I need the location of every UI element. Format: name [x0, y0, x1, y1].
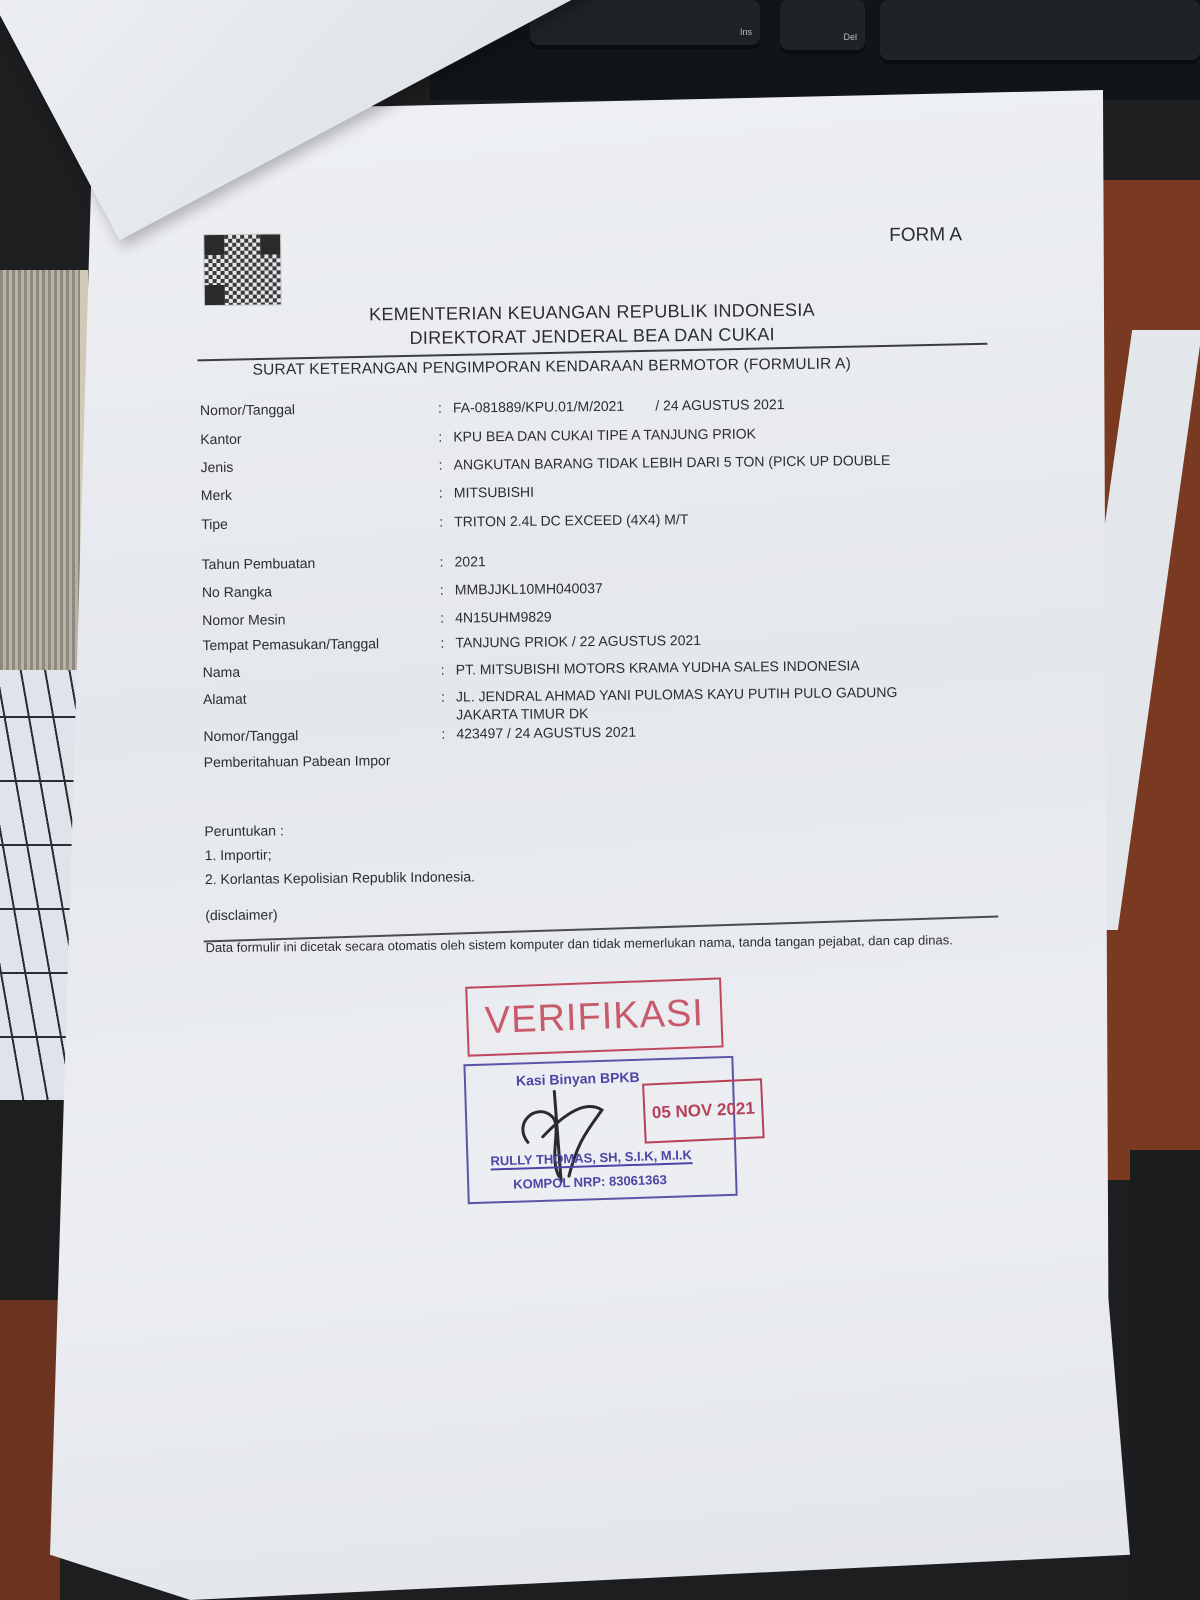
field-label: Tahun Pembuatan [202, 555, 316, 572]
document-title: SURAT KETERANGAN PENGIMPORAN KENDARAAN B… [252, 355, 851, 379]
date-stamp: 05 NOV 2021 [642, 1078, 765, 1143]
form-code: FORM A [889, 224, 962, 247]
field-separator: : [439, 485, 443, 501]
directorate-heading: DIREKTORAT JENDERAL BEA DAN CUKAI [337, 323, 847, 349]
field-label: Merk [201, 487, 232, 503]
field-separator: : [438, 400, 442, 416]
field-label: Tempat Pemasukan/Tanggal [202, 635, 379, 653]
field-separator: : [441, 689, 445, 705]
disclaimer-text: Data formulir ini dicetak secara otomati… [206, 931, 986, 957]
peruntukan-item: 1. Importir; [205, 840, 475, 867]
field-value: PT. MITSUBISHI MOTORS KRAMA YUDHA SALES … [456, 657, 860, 677]
peruntukan-section: Peruntukan : 1. Importir; 2. Korlantas K… [204, 816, 475, 891]
field-separator: : [440, 582, 444, 598]
field-label: Kantor [200, 431, 241, 447]
field-value: TANJUNG PRIOK / 22 AGUSTUS 2021 [455, 632, 701, 651]
field-value: JL. JENDRAL AHMAD YANI PULOMAS KAYU PUTI… [456, 684, 898, 705]
qr-code-icon [203, 233, 282, 306]
field-separator: : [438, 457, 442, 473]
import-certificate-form: FORM A KEMENTERIAN KEUANGAN REPUBLIK IND… [0, 0, 1200, 1600]
field-separator: : [438, 429, 442, 445]
signature-icon [506, 1080, 619, 1188]
field-separator: : [440, 554, 444, 570]
field-label: Alamat [203, 691, 247, 707]
field-value: 2021 [455, 553, 486, 569]
field-value: TRITON 2.4L DC EXCEED (4X4) M/T [454, 511, 688, 529]
field-label: Nomor/Tanggal [200, 401, 295, 418]
field-label: No Rangka [202, 583, 272, 600]
field-label: Nomor Mesin [202, 611, 285, 628]
field-label: Pemberitahuan Pabean Impor [204, 752, 391, 770]
field-value: 423497 / 24 AGUSTUS 2021 [456, 724, 636, 742]
field-separator: : [441, 662, 445, 678]
field-value: ANGKUTAN BARANG TIDAK LEBIH DARI 5 TON (… [453, 452, 890, 473]
field-label: Nama [203, 664, 241, 680]
field-label: Jenis [201, 459, 234, 475]
field-separator: : [441, 726, 445, 742]
field-separator: : [440, 635, 444, 651]
field-label: Tipe [201, 516, 228, 532]
ministry-heading: KEMENTERIAN KEUANGAN REPUBLIK INDONESIA [337, 299, 847, 325]
field-label: Nomor/Tanggal [203, 727, 298, 744]
field-separator: : [439, 514, 443, 530]
peruntukan-title: Peruntukan : [204, 816, 474, 843]
field-value: JAKARTA TIMUR DK [456, 705, 588, 722]
field-value: MITSUBISHI [454, 484, 534, 501]
field-value: FA-081889/KPU.01/M/2021 / 24 AGUSTUS 202… [453, 396, 785, 415]
field-value: KPU BEA DAN CUKAI TIPE A TANJUNG PRIOK [453, 425, 756, 444]
peruntukan-item: 2. Korlantas Kepolisian Republik Indones… [205, 864, 475, 891]
field-separator: : [440, 610, 444, 626]
verification-stamp: VERIFIKASI [465, 977, 723, 1056]
disclaimer-label: (disclaimer) [205, 906, 278, 923]
field-value: MMBJJKL10MH040037 [455, 580, 603, 598]
field-value: 4N15UHM9829 [455, 609, 552, 626]
